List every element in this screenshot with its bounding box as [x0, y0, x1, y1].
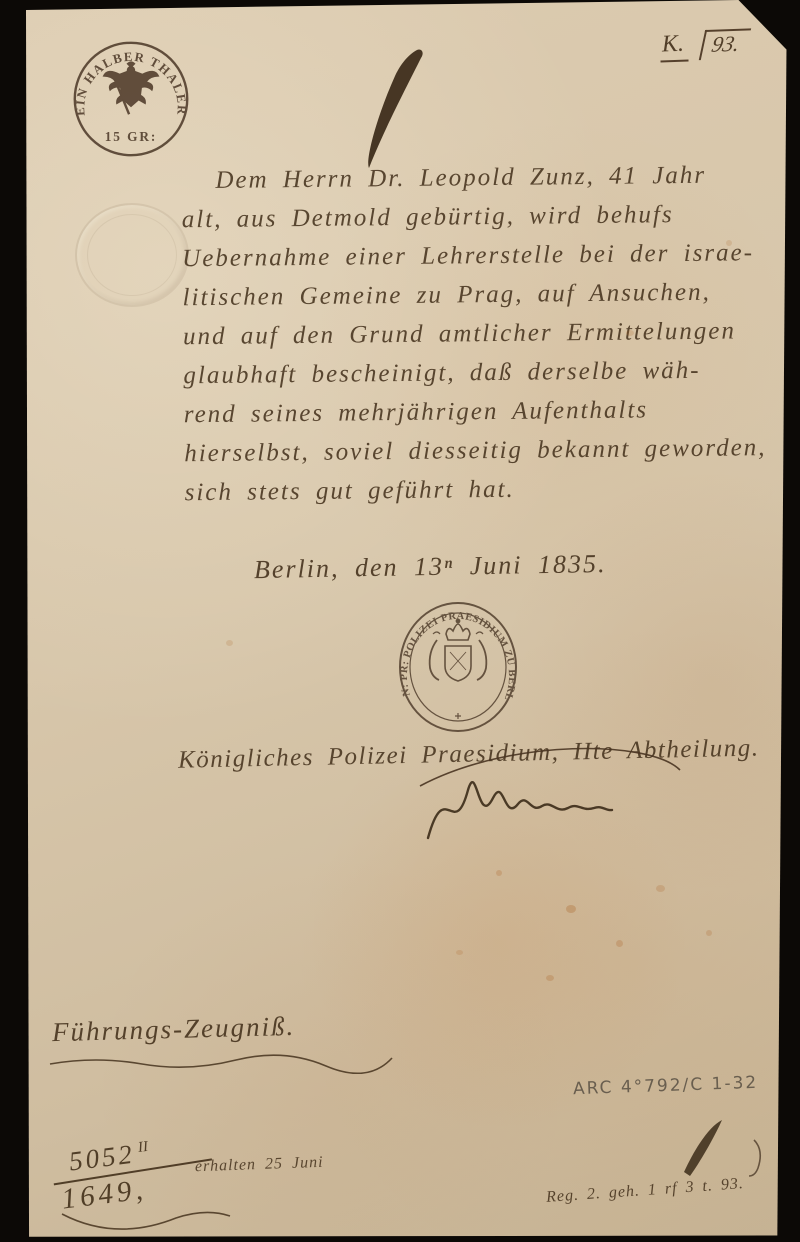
foxing-spot	[226, 640, 233, 646]
embossed-seal	[75, 203, 189, 307]
seal-shield-icon	[445, 646, 471, 681]
foxing-spot	[656, 885, 665, 892]
seal-base-cross-icon	[455, 713, 461, 719]
body-line: alt, aus Detmold gebürtig, wird behufs	[182, 194, 800, 240]
body-line: rend seines mehrjährigen Aufenthalts	[184, 389, 800, 435]
official-seal-text: KÖN: PR: POLIZEI PRAESIDIUM ZU BERLIN	[393, 596, 517, 702]
docket-title: Führungs-Zeugniß.	[52, 1011, 296, 1048]
embossed-seal-inner-ring	[87, 214, 177, 296]
body-line: hierselbst, soviel diesseitig bekannt ge…	[184, 428, 800, 474]
classification-letter: K.	[659, 31, 688, 63]
received-note: erhalten 25 Juni	[195, 1154, 324, 1176]
body-line: sich stets gut geführt hat.	[184, 467, 800, 513]
official-seal: KÖN: PR: POLIZEI PRAESIDIUM ZU BERLIN	[393, 596, 523, 738]
foxing-spot	[456, 950, 463, 955]
ink-flourish-top	[355, 46, 435, 174]
body-line: Uebernahme einer Lehrerstelle bei der is…	[182, 233, 800, 279]
foxing-spot	[566, 905, 576, 913]
body-line: litischen Gemeine zu Prag, auf Ansuchen,	[182, 272, 800, 318]
svg-text:KÖN: PR: POLIZEI PRAESIDIUM ZU: KÖN: PR: POLIZEI PRAESIDIUM ZU BERLIN	[393, 596, 517, 702]
classification-mark: K. 93.	[659, 28, 748, 62]
revenue-stamp: EIN HALBER THALER 15 GR:	[70, 38, 192, 160]
foxing-spot	[496, 870, 502, 876]
registry-superscript: II	[133, 1139, 149, 1157]
signature	[350, 738, 700, 856]
pen-stroke-marks	[626, 1118, 796, 1184]
body-line: und auf den Grund amtlicher Ermittelunge…	[183, 311, 800, 357]
foxing-spot	[706, 930, 712, 936]
registry-flourish	[56, 1206, 236, 1240]
foxing-spot	[546, 975, 554, 981]
certificate-body: Dem Herrn Dr. Leopold Zunz, 41 Jahr alt,…	[181, 155, 800, 513]
foxing-spot	[616, 940, 623, 947]
classification-number: 93.	[699, 28, 751, 60]
archive-pencil-mark: ARC 4°792/C 1-32	[573, 1073, 759, 1099]
scanned-document-page: { "document": { "classification_mark": {…	[0, 0, 800, 1242]
revenue-stamp-value-text: 15 GR:	[105, 129, 158, 144]
prussian-eagle-icon	[103, 62, 158, 114]
body-line: glaubhaft bescheinigt, daß derselbe wäh-	[183, 350, 800, 396]
dateline: Berlin, den 13ⁿ Juni 1835.	[254, 549, 607, 585]
document-paper: EIN HALBER THALER 15 GR: K. 93. Dem Herr…	[26, 0, 788, 1238]
body-line: Dem Herrn Dr. Leopold Zunz, 41 Jahr	[181, 155, 800, 201]
docket-underline-flourish	[46, 1052, 396, 1074]
